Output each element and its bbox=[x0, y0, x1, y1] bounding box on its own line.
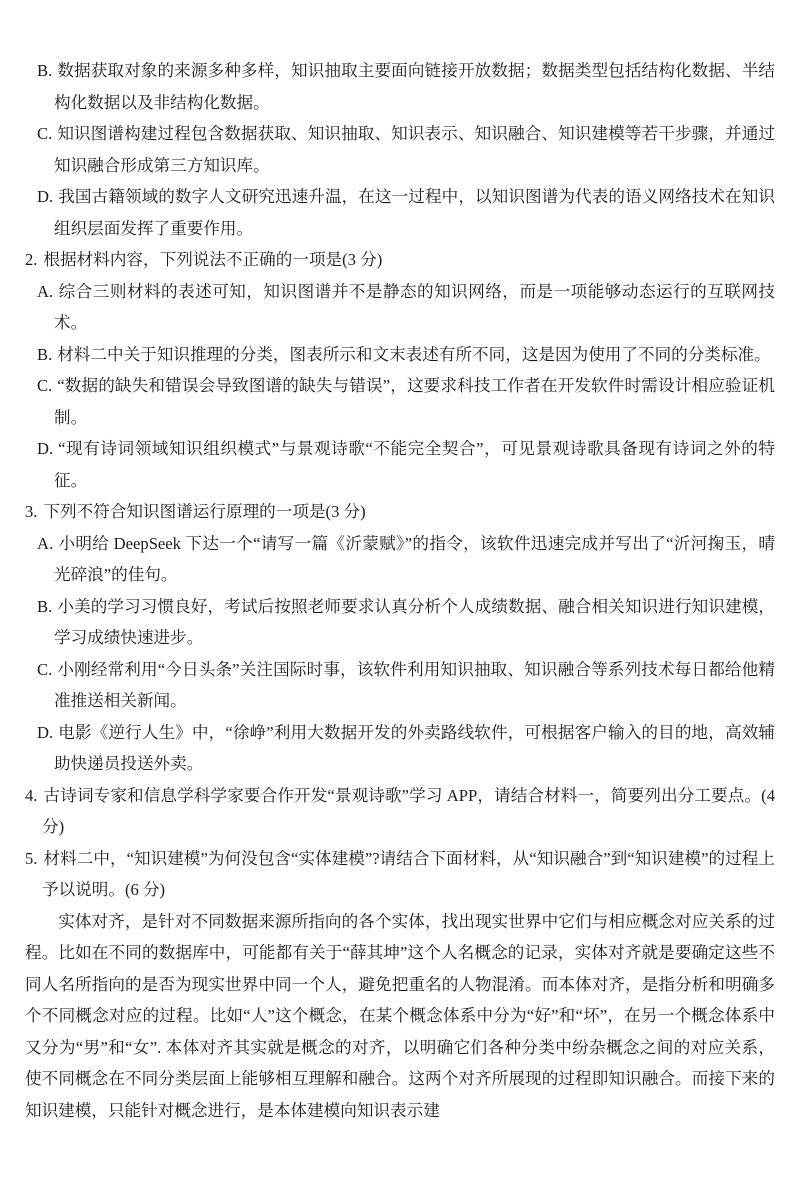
q2-option-d: D.“现有诗词领域知识组织模式”与景观诗歌“不能完全契合”，可见景观诗歌具备现有… bbox=[25, 433, 775, 496]
option-label: B. bbox=[37, 597, 52, 616]
q2-option-c: C.“数据的缺失和错误会导致图谱的缺失与错误”，这要求科技工作者在开发软件时需设… bbox=[25, 370, 775, 433]
option-text: 小美的学习习惯良好，考试后按照老师要求认真分析个人成绩数据、融合相关知识进行知识… bbox=[54, 597, 775, 648]
option-label: A. bbox=[37, 534, 53, 553]
q3-option-d: D.电影《逆行人生》中，“徐峥”利用大数据开发的外卖路线软件，可根据客户输入的目… bbox=[25, 717, 775, 780]
question-number: 2. bbox=[25, 250, 37, 269]
option-label: D. bbox=[37, 187, 53, 206]
question-2-stem: 2.根据材料内容，下列说法不正确的一项是(3 分) bbox=[25, 244, 775, 276]
option-text: 数据获取对象的来源多种多样，知识抽取主要面向链接开放数据；数据类型包括结构化数据… bbox=[54, 61, 775, 112]
question-number: 5. bbox=[25, 849, 37, 868]
option-text: 我国古籍领域的数字人文研究迅速升温，在这一过程中，以知识图谱为代表的语义网络技术… bbox=[54, 187, 775, 238]
option-text: 小刚经常利用“今日头条”关注国际时事，该软件利用知识抽取、知识融合等系列技术每日… bbox=[54, 660, 775, 711]
question-3: 3.下列不符合知识图谱运行原理的一项是(3 分) A.小明给 DeepSeek … bbox=[25, 496, 775, 780]
option-text: “现有诗词领域知识组织模式”与景观诗歌“不能完全契合”，可见景观诗歌具备现有诗词… bbox=[54, 439, 775, 490]
passage-text: 实体对齐，是针对不同数据来源所指向的各个实体，找出现实世界中它们与相应概念对应关… bbox=[25, 912, 775, 1120]
option-label: C. bbox=[37, 124, 52, 143]
question-2: 2.根据材料内容，下列说法不正确的一项是(3 分) A.综合三则材料的表述可知，… bbox=[25, 244, 775, 496]
question-4: 4.古诗词专家和信息学科学家要合作开发“景观诗歌”学习 APP，请结合材料一，简… bbox=[25, 780, 775, 843]
question-text: 古诗词专家和信息学科学家要合作开发“景观诗歌”学习 APP，请结合材料一，简要列… bbox=[42, 786, 775, 837]
option-label: A. bbox=[37, 282, 53, 301]
option-text: 知识图谱构建过程包含数据获取、知识抽取、知识表示、知识融合、知识建模等若干步骤，… bbox=[54, 124, 775, 175]
q3-option-c: C.小刚经常利用“今日头条”关注国际时事，该软件利用知识抽取、知识融合等系列技术… bbox=[25, 654, 775, 717]
content-column: B.数据获取对象的来源多种多样，知识抽取主要面向链接开放数据；数据类型包括结构化… bbox=[25, 55, 775, 1126]
question-text: 材料二中，“知识建模”为何没包含“实体建模”?请结合下面材料，从“知识融合”到“… bbox=[42, 849, 775, 900]
question-1-options: B.数据获取对象的来源多种多样，知识抽取主要面向链接开放数据；数据类型包括结构化… bbox=[25, 55, 775, 244]
question-stem-text: 下列不符合知识图谱运行原理的一项是(3 分) bbox=[43, 502, 365, 521]
option-text: 综合三则材料的表述可知，知识图谱并不是静态的知识网络，而是一项能够动态运行的互联… bbox=[54, 282, 775, 333]
q1-option-d: D.我国古籍领域的数字人文研究迅速升温，在这一过程中，以知识图谱为代表的语义网络… bbox=[25, 181, 775, 244]
option-label: D. bbox=[37, 723, 53, 742]
option-label: D. bbox=[37, 439, 53, 458]
exam-page: B.数据获取对象的来源多种多样，知识抽取主要面向链接开放数据；数据类型包括结构化… bbox=[0, 0, 800, 1179]
q3-option-b: B.小美的学习习惯良好，考试后按照老师要求认真分析个人成绩数据、融合相关知识进行… bbox=[25, 591, 775, 654]
question-number: 4. bbox=[25, 786, 37, 805]
option-label: C. bbox=[37, 376, 52, 395]
material-passage: 实体对齐，是针对不同数据来源所指向的各个实体，找出现实世界中它们与相应概念对应关… bbox=[25, 906, 775, 1127]
q2-option-a: A.综合三则材料的表述可知，知识图谱并不是静态的知识网络，而是一项能够动态运行的… bbox=[25, 276, 775, 339]
question-stem-text: 根据材料内容，下列说法不正确的一项是(3 分) bbox=[43, 250, 382, 269]
option-label: B. bbox=[37, 345, 52, 364]
question-number: 3. bbox=[25, 502, 37, 521]
option-text: 小明给 DeepSeek 下达一个“请写一篇《沂蒙赋》”的指令，该软件迅速完成并… bbox=[54, 534, 775, 585]
q1-option-c: C.知识图谱构建过程包含数据获取、知识抽取、知识表示、知识融合、知识建模等若干步… bbox=[25, 118, 775, 181]
q1-option-b: B.数据获取对象的来源多种多样，知识抽取主要面向链接开放数据；数据类型包括结构化… bbox=[25, 55, 775, 118]
option-label: C. bbox=[37, 660, 52, 679]
question-5: 5.材料二中，“知识建模”为何没包含“实体建模”?请结合下面材料，从“知识融合”… bbox=[25, 843, 775, 906]
option-text: 材料二中关于知识推理的分类，图表所示和文末表述有所不同，这是因为使用了不同的分类… bbox=[57, 345, 771, 364]
option-label: B. bbox=[37, 61, 52, 80]
option-text: “数据的缺失和错误会导致图谱的缺失与错误”，这要求科技工作者在开发软件时需设计相… bbox=[54, 376, 775, 427]
question-3-stem: 3.下列不符合知识图谱运行原理的一项是(3 分) bbox=[25, 496, 775, 528]
q3-option-a: A.小明给 DeepSeek 下达一个“请写一篇《沂蒙赋》”的指令，该软件迅速完… bbox=[25, 528, 775, 591]
q2-option-b: B.材料二中关于知识推理的分类，图表所示和文末表述有所不同，这是因为使用了不同的… bbox=[25, 339, 775, 371]
option-text: 电影《逆行人生》中，“徐峥”利用大数据开发的外卖路线软件，可根据客户输入的目的地… bbox=[54, 723, 775, 774]
